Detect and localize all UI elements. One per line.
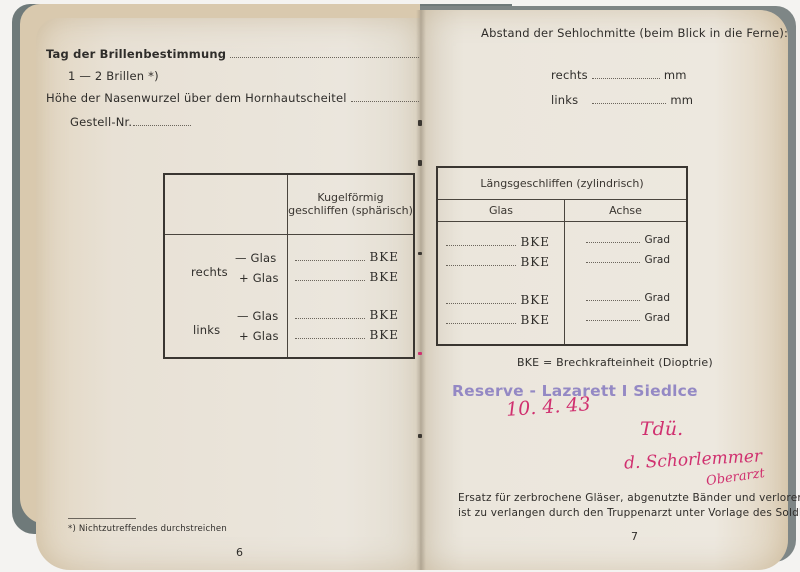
nose-root-input-line[interactable] <box>351 101 419 102</box>
bke-unit: BKE <box>520 313 550 327</box>
right-label: rechts <box>551 68 588 82</box>
axis-input-line[interactable] <box>586 320 640 321</box>
cylindrical-header: Längsgeschliffen (zylindrisch) <box>437 167 687 199</box>
value-input-line[interactable] <box>295 338 365 339</box>
bke-unit: BKE <box>369 270 399 284</box>
glass-minus-right: — Glas <box>235 251 277 265</box>
cyl-glass-row: BKE <box>438 313 564 333</box>
bke-legend: BKE = Brechkrafteinheit (Dioptrie) <box>517 356 713 369</box>
spherical-corner-cell <box>164 174 288 234</box>
spherical-header: Kugelförmig geschliffen (sphärisch) <box>288 174 415 234</box>
nose-root-label: Höhe der Nasenwurzel über dem Hornhautsc… <box>46 91 347 105</box>
grad-unit: Grad <box>644 312 670 324</box>
axis-values-cell: Grad Grad Grad Grad <box>565 221 688 345</box>
axis-row: Grad <box>565 312 686 332</box>
right-unit: mm <box>664 68 687 82</box>
left-distance-input-line[interactable] <box>592 103 666 104</box>
frame-label: Gestell-Nr. <box>70 115 132 129</box>
stitch <box>418 352 422 355</box>
bke-unit: BKE <box>369 308 399 322</box>
value-input-line[interactable] <box>295 318 365 319</box>
value-input-line[interactable] <box>446 245 516 246</box>
pupil-distance-label: Abstand der Sehlochmitte (beim Blick in … <box>481 26 788 40</box>
cylindrical-table: Längsgeschliffen (zylindrisch) Glas Achs… <box>436 166 688 346</box>
footnote: *) Nichtzutreffendes durchstreichen <box>68 524 227 534</box>
grad-unit: Grad <box>644 254 670 266</box>
axis-row: Grad <box>565 254 686 274</box>
nose-root-field: Höhe der Nasenwurzel über dem Hornhautsc… <box>46 91 445 105</box>
side-label-left: links <box>193 323 220 337</box>
left-unit: mm <box>670 93 693 107</box>
stitch <box>418 120 422 126</box>
cyl-glass-row: BKE <box>438 293 564 313</box>
glasses-count: 1 — 2 Brillen *) <box>68 69 159 83</box>
spherical-values-cell: BKE BKE BKE BKE <box>288 234 415 358</box>
frame-input-line[interactable] <box>133 125 191 126</box>
handwritten-initials: Tdü. <box>640 418 683 440</box>
pupil-distance-right: rechtsmm <box>551 68 687 82</box>
spherical-row: BKE <box>288 270 413 290</box>
stitch <box>418 160 422 166</box>
spherical-row: BKE <box>288 328 413 348</box>
pupil-distance-left: linksmm <box>551 93 693 107</box>
left-label: links <box>551 93 578 107</box>
grad-unit: Grad <box>644 292 670 304</box>
glass-plus-right: + Glas <box>239 271 279 285</box>
axis-input-line[interactable] <box>586 242 640 243</box>
glass-plus-left: + Glas <box>239 329 279 343</box>
cyl-glass-row: BKE <box>438 255 564 275</box>
grad-unit: Grad <box>644 234 670 246</box>
footnote-rule <box>68 518 136 519</box>
bke-unit: BKE <box>369 328 399 342</box>
glass-minus-left: — Glas <box>237 309 279 323</box>
bke-unit: BKE <box>520 293 550 307</box>
col-axis-header: Achse <box>565 199 688 221</box>
date-input-line[interactable] <box>230 57 435 58</box>
frame-field: Gestell-Nr. <box>70 115 195 129</box>
value-input-line[interactable] <box>446 323 516 324</box>
right-distance-input-line[interactable] <box>592 78 660 79</box>
spherical-table: Kugelförmig geschliffen (sphärisch) rech… <box>163 173 415 359</box>
page-number-right: 7 <box>631 530 638 543</box>
page-number-left: 6 <box>236 546 243 559</box>
glass-values-cell: BKE BKE BKE BKE <box>437 221 565 345</box>
axis-row: Grad <box>565 292 686 312</box>
value-input-line[interactable] <box>295 280 365 281</box>
axis-input-line[interactable] <box>586 262 640 263</box>
stitch <box>418 252 422 255</box>
sides-cell: rechts — Glas + Glas links — Glas + Glas <box>164 234 288 358</box>
col-glass-header: Glas <box>437 199 565 221</box>
bke-unit: BKE <box>520 235 550 249</box>
replacement-note-line-2: ist zu verlangen durch den Truppenarzt u… <box>458 507 800 519</box>
replacement-note-line-1: Ersatz für zerbrochene Gläser, abgenutzt… <box>458 492 800 504</box>
date-field: Tag der Brillenbestimmung <box>46 47 439 61</box>
bke-unit: BKE <box>520 255 550 269</box>
value-input-line[interactable] <box>295 260 365 261</box>
cyl-glass-row: BKE <box>438 235 564 255</box>
side-label-right: rechts <box>191 265 228 279</box>
axis-row: Grad <box>565 234 686 254</box>
bke-unit: BKE <box>369 250 399 264</box>
value-input-line[interactable] <box>446 265 516 266</box>
book-gutter <box>416 10 426 570</box>
spherical-row: BKE <box>288 308 413 328</box>
spherical-row: BKE <box>288 250 413 270</box>
stitch <box>418 434 422 438</box>
date-label: Tag der Brillenbestimmung <box>46 47 226 61</box>
axis-input-line[interactable] <box>586 300 640 301</box>
value-input-line[interactable] <box>446 303 516 304</box>
